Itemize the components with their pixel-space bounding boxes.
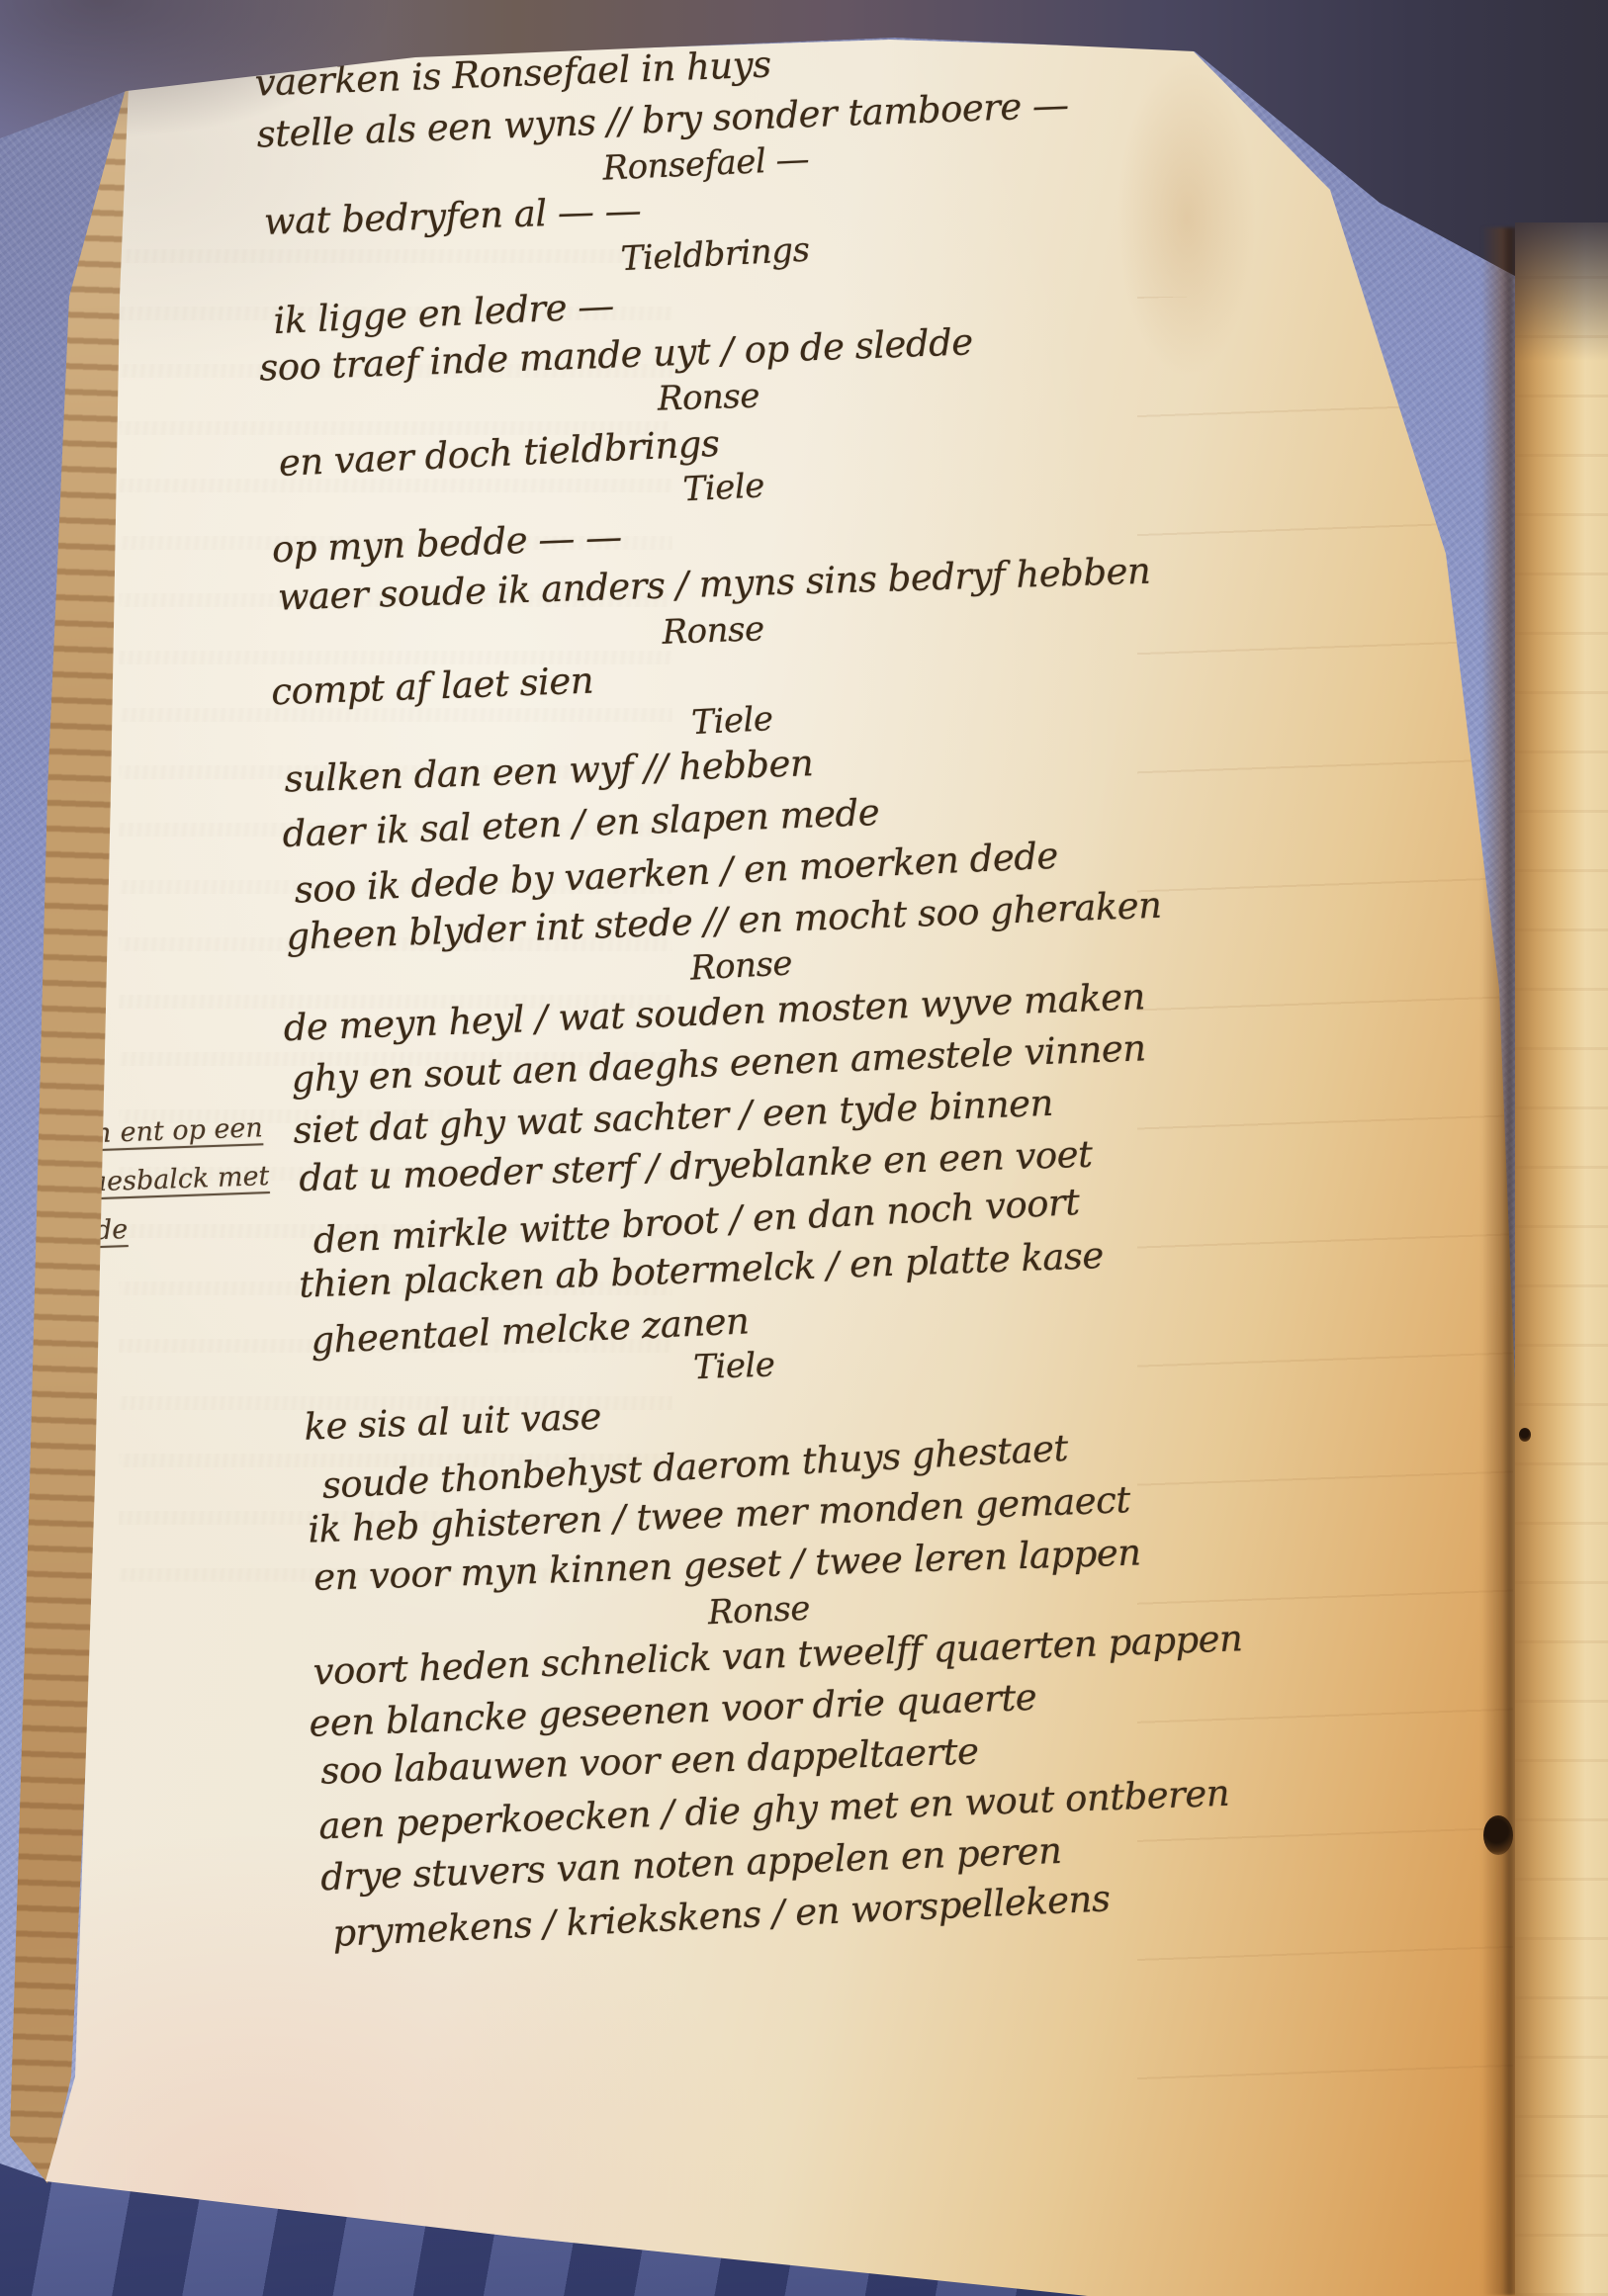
manuscript-page: vaerken is Ronsefael in huysstelle als e… bbox=[0, 0, 1608, 2296]
manuscript-text: vaerken is Ronsefael in huysstelle als e… bbox=[254, 16, 1475, 1955]
wormhole bbox=[1483, 1815, 1513, 1855]
manuscript-photo: vaerken is Ronsefael in huysstelle als e… bbox=[0, 0, 1608, 2296]
facing-page-shadow bbox=[1515, 222, 1608, 361]
margin-note-line: ryde bbox=[66, 1197, 365, 1256]
cloth-top-shadow bbox=[0, 0, 554, 237]
wormhole bbox=[1519, 1428, 1531, 1442]
facing-page-edge bbox=[1515, 222, 1608, 2296]
margin-note: veh ent op eenblaesbalck metryde bbox=[63, 1101, 365, 1256]
